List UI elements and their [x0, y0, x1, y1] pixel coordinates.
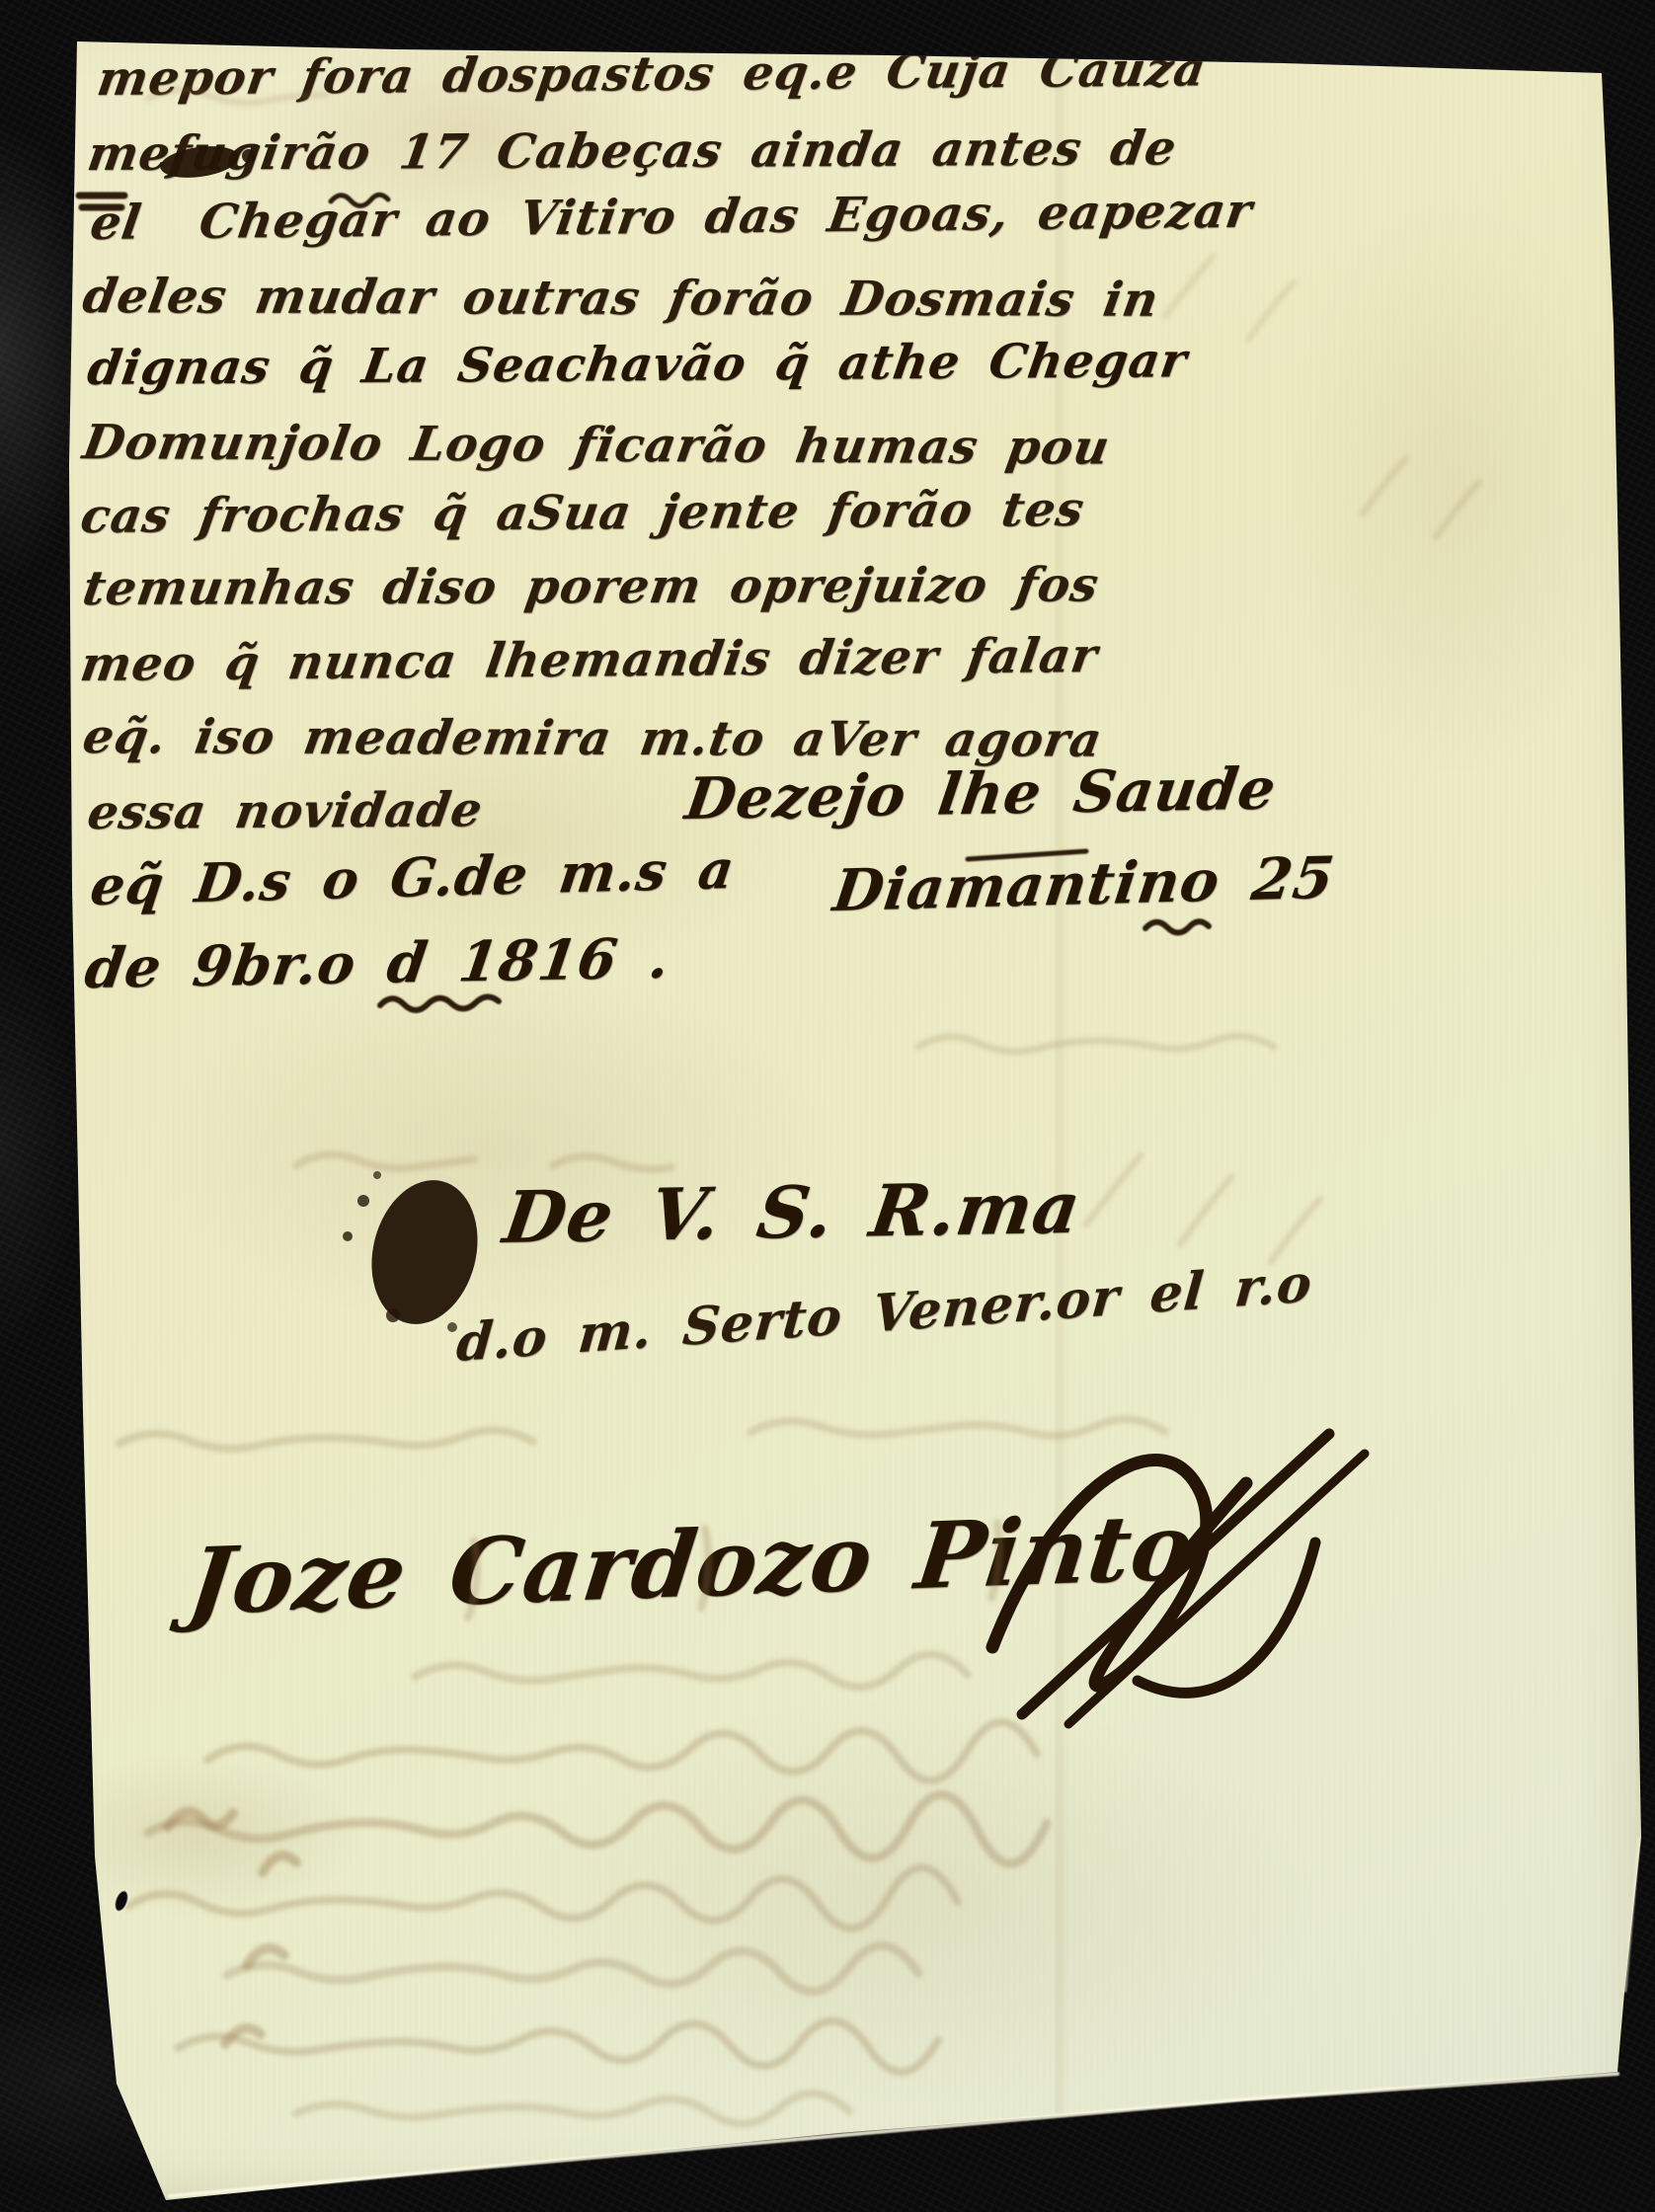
letter-line-7: cas frochas q̃ aSua jente forão tes: [77, 482, 1088, 544]
letter-line-5: dignas q̃ La Seachavão q̃ athe Chegar: [84, 333, 1191, 396]
photograph-of-manuscript: { "colors": { "background": "#0b0b0c", "…: [0, 0, 1655, 2212]
letter-line-6: Domunjolo Logo ficarão humas pou: [79, 415, 1114, 475]
letter-line-11: essa novidade: [84, 782, 487, 840]
letter-line-10: eq̃. iso meademira m.to aVer agora: [79, 709, 1106, 768]
farewell-phrase: Dezejo lhe Saude: [681, 754, 1281, 832]
letter-line-4: deles mudar outras forão Dosmais in: [79, 269, 1163, 328]
letter-line-2: mefugirão 17 Cabeças ainda antes de: [84, 120, 1180, 182]
dateline-year: de 9br.o d 1816 .: [81, 926, 674, 1001]
letter-line-8: temunhas diso porem oprejuizo fos: [79, 557, 1103, 616]
dateline-place-day: Diamantino 25: [829, 843, 1338, 924]
closing-salutation: De V. S. R.ma: [499, 1165, 1086, 1259]
manuscript-paper-sheet: mepor fora dospastos eq.e Cuja Cauza mef…: [0, 0, 1655, 2212]
letter-line-9: meo q̃ nunca lhemandis dizer falar: [77, 628, 1101, 692]
closing-titles: d.o m. Serto Vener.or el r.o: [454, 1253, 1314, 1374]
letter-line-3: el Chegar ao Vitiro das Egoas, eapezar: [87, 184, 1256, 251]
signature-name: Joze Cardozo Pinto: [183, 1493, 1200, 1635]
dateline-formula: eq̃ D.s o G.de m.s a: [87, 837, 739, 917]
